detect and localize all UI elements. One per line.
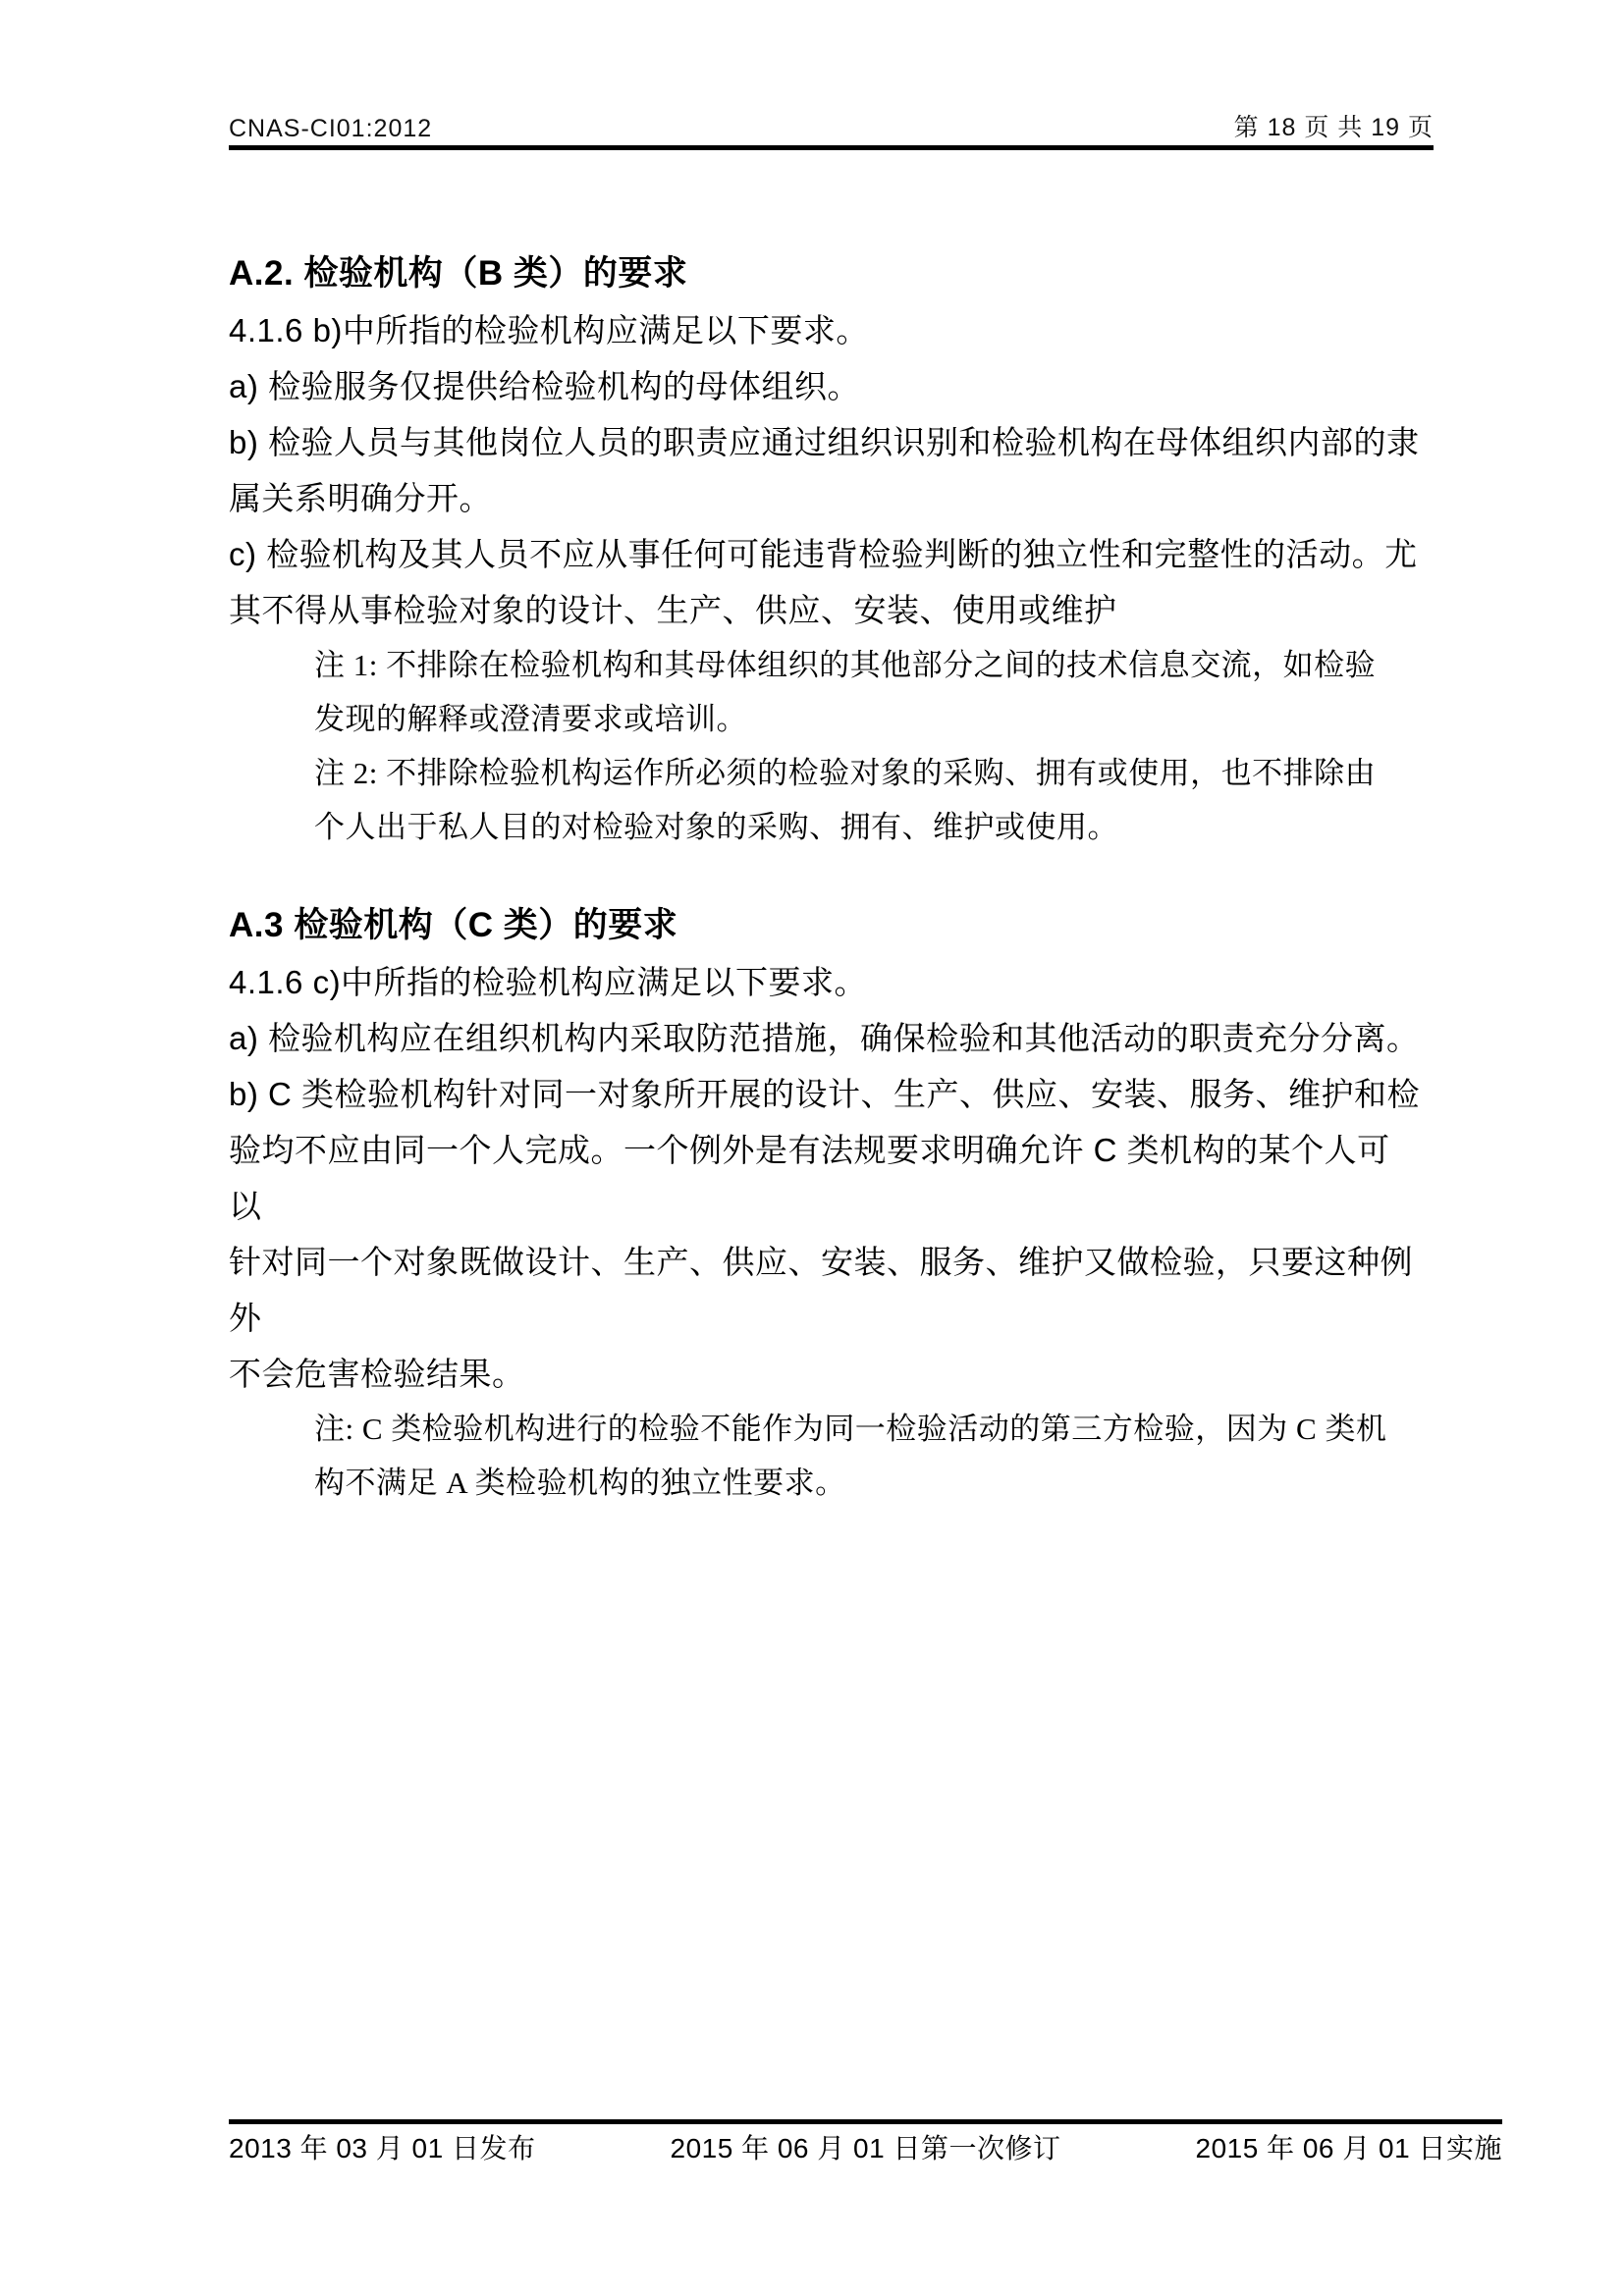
section-a2-item-b: b) 检验人员与其他岗位人员的职责应通过组织识别和检验机构在母体组织内部的隶 属… bbox=[229, 414, 1422, 526]
section-a2-intro: 4.1.6 b)中所指的检验机构应满足以下要求。 bbox=[229, 302, 1422, 358]
footer-date-implemented: 2015 年 06 月 01 日实施 bbox=[1196, 2130, 1502, 2167]
header-divider bbox=[229, 145, 1434, 150]
page-header: CNAS-CI01:2012 第 18 页 共 19 页 bbox=[229, 108, 1434, 143]
section-a3-note: 注: C 类检验机构进行的检验不能作为同一检验活动的第三方检验，因为 C 类机 … bbox=[314, 1402, 1422, 1510]
footer-date-revised: 2015 年 06 月 01 日第一次修订 bbox=[671, 2130, 1061, 2167]
section-a2-note-1: 注 1: 不排除在检验机构和其母体组织的其他部分之间的技术信息交流，如检验 发现… bbox=[314, 638, 1422, 746]
section-a2-item-c: c) 检验机构及其人员不应从事任何可能违背检验判断的独立性和完整性的活动。尤 其… bbox=[229, 526, 1422, 638]
section-a3-item-a: a) 检验机构应在组织机构内采取防范措施，确保检验和其他活动的职责充分分离。 bbox=[229, 1010, 1422, 1066]
page-footer: 2013 年 03 月 01 日发布 2015 年 06 月 01 日第一次修订… bbox=[229, 2130, 1502, 2167]
document-page: CNAS-CI01:2012 第 18 页 共 19 页 A.2. 检验机构（B… bbox=[0, 0, 1624, 2296]
document-body: A.2. 检验机构（B 类）的要求 4.1.6 b)中所指的检验机构应满足以下要… bbox=[229, 245, 1422, 1510]
section-a3-item-b: b) C 类检验机构针对同一对象所开展的设计、生产、供应、安装、服务、维护和检 … bbox=[229, 1066, 1422, 1402]
section-a2-item-a: a) 检验服务仅提供给检验机构的母体组织。 bbox=[229, 358, 1422, 414]
footer-date-published: 2013 年 03 月 01 日发布 bbox=[229, 2130, 535, 2167]
section-a2-heading: A.2. 检验机构（B 类）的要求 bbox=[229, 245, 1422, 302]
section-a3-intro: 4.1.6 c)中所指的检验机构应满足以下要求。 bbox=[229, 954, 1422, 1010]
section-a3-heading: A.3 检验机构（C 类）的要求 bbox=[229, 897, 1422, 954]
footer-divider bbox=[229, 2119, 1502, 2124]
header-doc-code: CNAS-CI01:2012 bbox=[229, 115, 432, 143]
section-a2-note-2: 注 2: 不排除检验机构运作所必须的检验对象的采购、拥有或使用，也不排除由 个人… bbox=[314, 746, 1422, 854]
header-page-number: 第 18 页 共 19 页 bbox=[1234, 108, 1434, 143]
